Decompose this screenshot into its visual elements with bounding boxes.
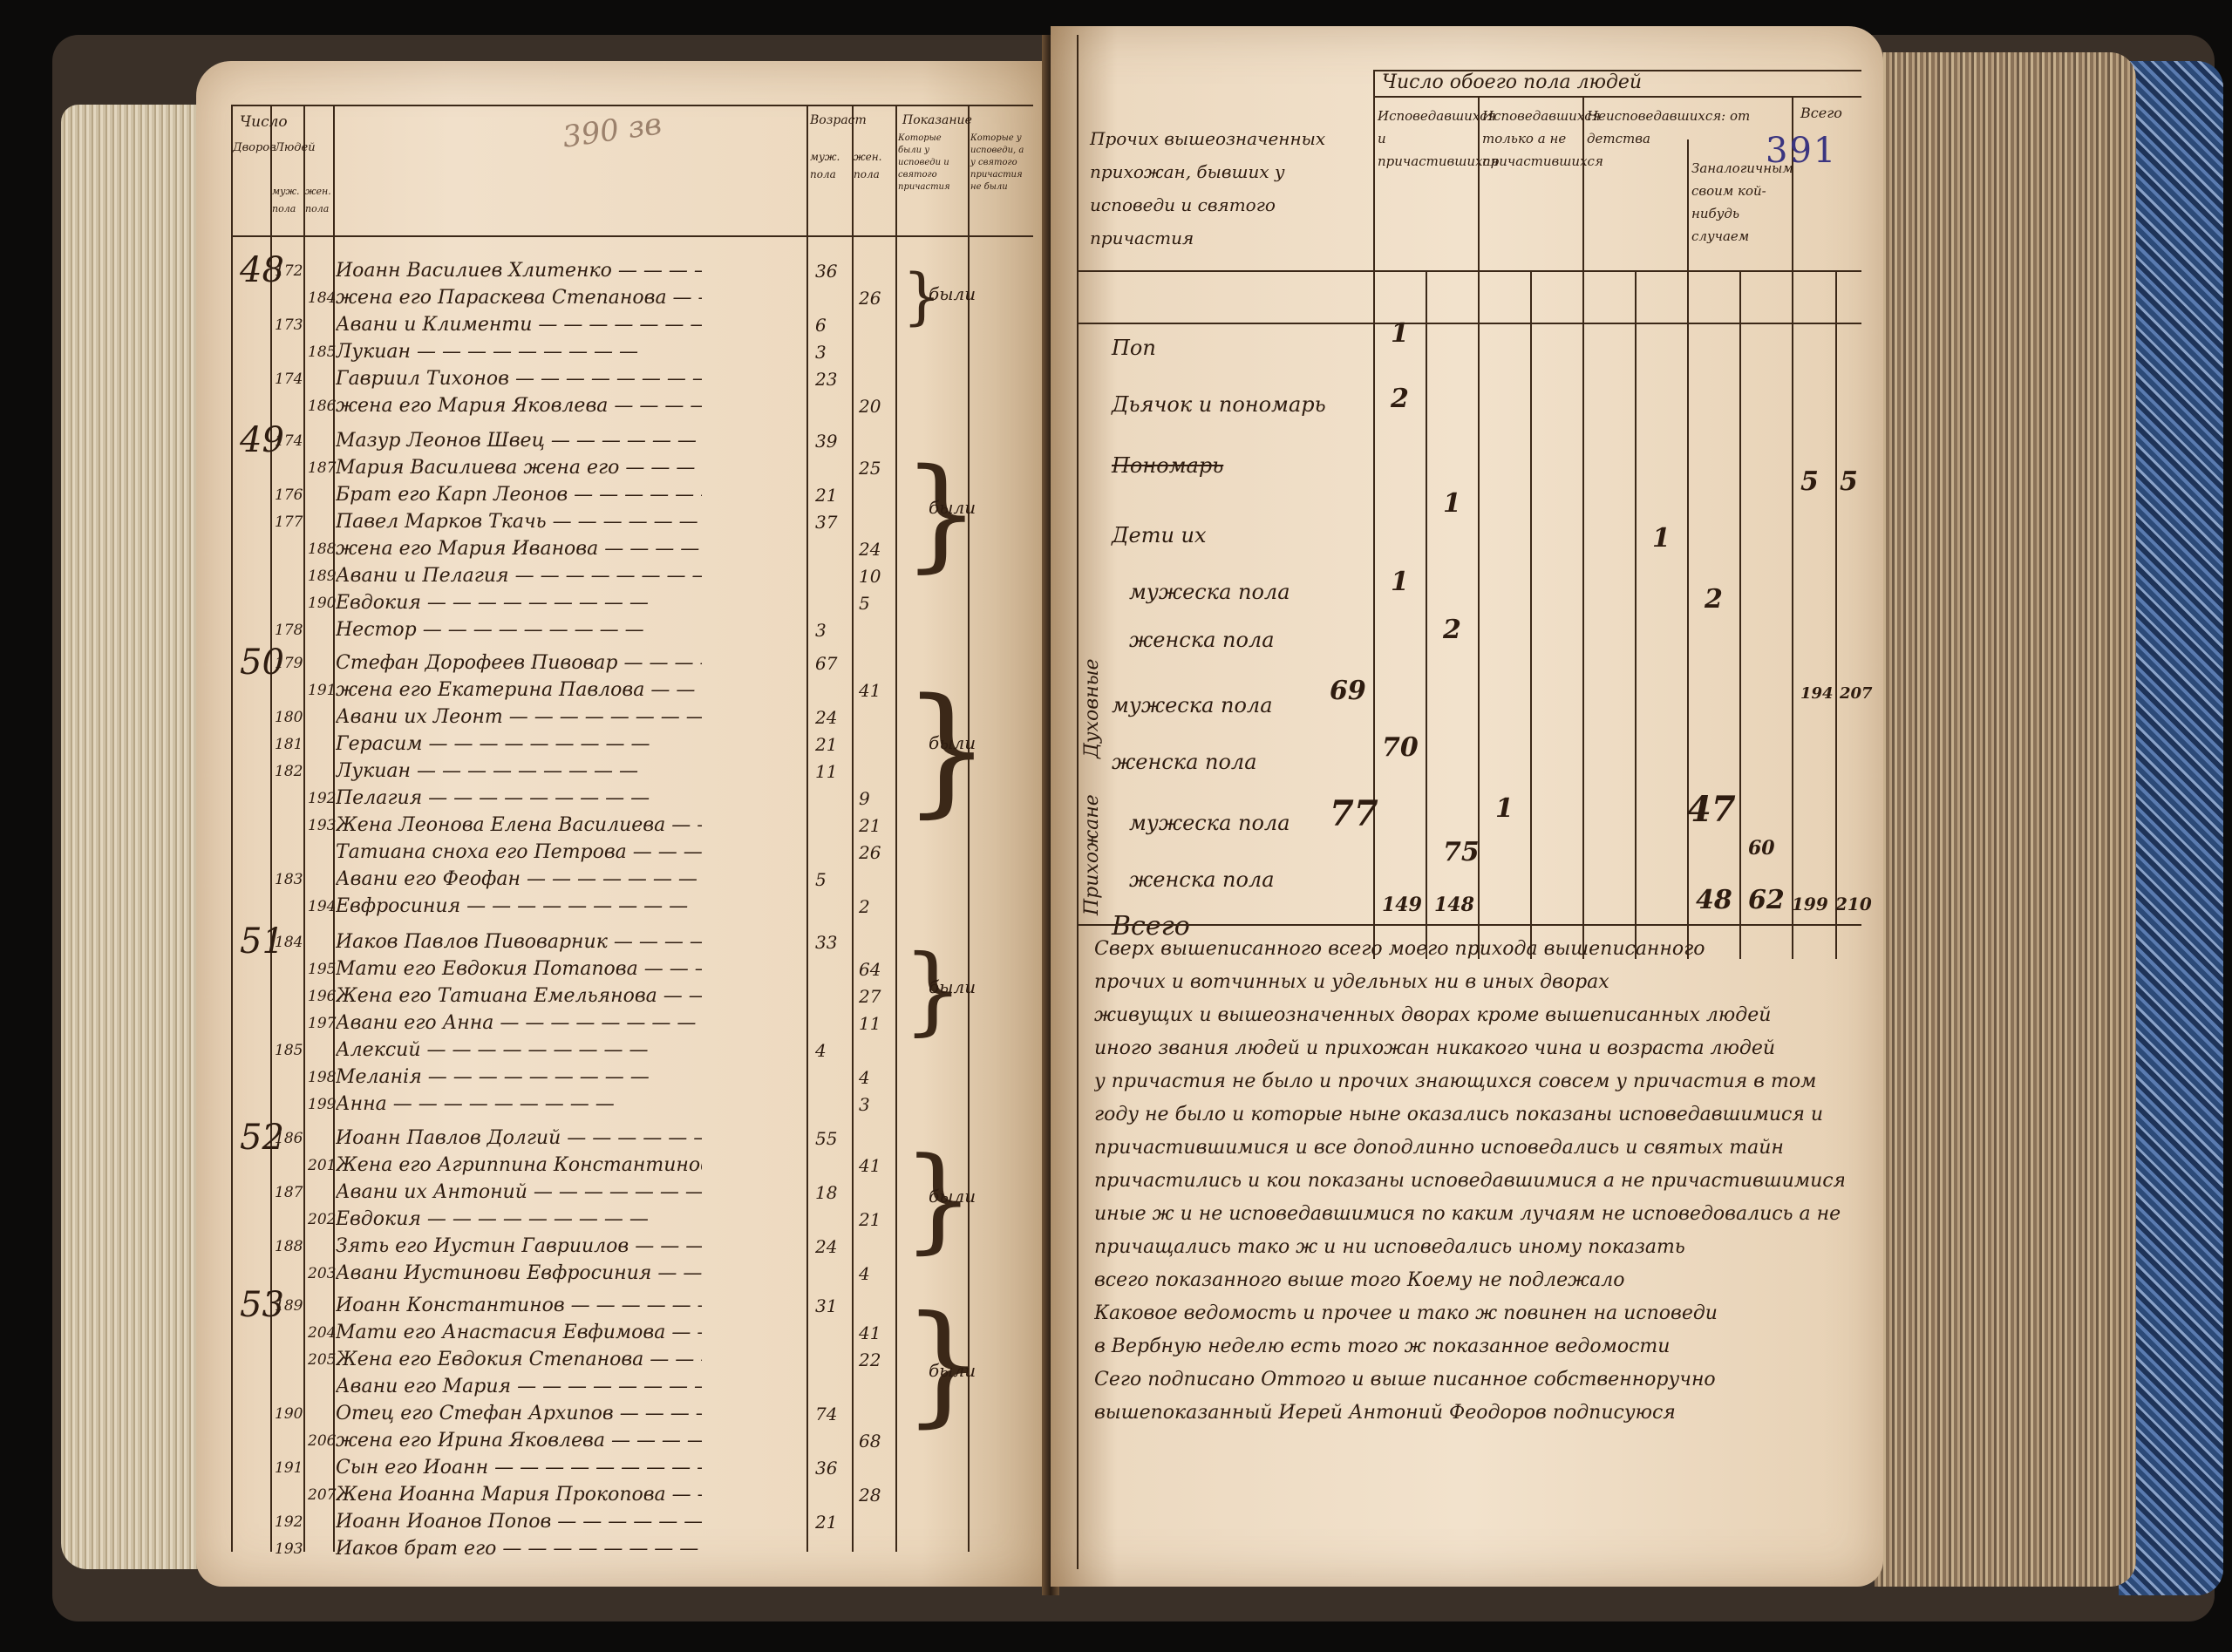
header-female: жен. пола [305, 183, 333, 218]
header-col-not-confessed: Неисповедавшихся: от детства [1587, 105, 1787, 150]
row-label-household-laity-female: женска пола [1129, 867, 1275, 892]
folio-stamp: 391 [1766, 131, 1837, 171]
header-age-female: жен. пола [854, 148, 894, 183]
table-row: 191 Сын его Иоанн 36 [231, 1454, 1033, 1481]
table-row: 194 Евфросиния 2 [231, 893, 1033, 920]
row-label-children: Дети их [1112, 523, 1207, 547]
register-table: Число Дворов Людей муж. пола жен. пола В… [231, 105, 1033, 1552]
header-confession: Показание [902, 112, 972, 129]
row-label-priest: Поп [1112, 336, 1156, 360]
row-label-household-male: мужеска пола [1129, 580, 1290, 604]
row-label-sexton: Пономарь [1112, 453, 1223, 478]
header-confession-2: Которые у исповеди, а у святого причасти… [970, 133, 1031, 194]
header-households: Дворов [233, 139, 269, 157]
header-parishioners: Прочих вышеозначенных прихожан, бывших у… [1090, 122, 1360, 255]
row-label-household-laity-male: мужеска пола [1129, 811, 1290, 835]
vertical-label-clergy: Духовные [1081, 658, 1103, 758]
table-row: 207 Жена Иоанна Мария Прокопова 28 [231, 1481, 1033, 1508]
table-row: 185 Лукиан 3 [231, 338, 1033, 365]
table-row: 198 Меланія 4 [231, 1064, 1033, 1091]
row-label-deacon: Дьячок и пономарь [1112, 392, 1326, 417]
vertical-label-parishioners: Прихожане [1081, 794, 1103, 915]
table-row: 178 Нестор 3 [231, 616, 1033, 643]
header-number: Число [240, 113, 288, 131]
table-row: 199 Анна 3 [231, 1091, 1033, 1118]
page-edges-left [61, 105, 201, 1569]
summary-table: Число обоего пола людей Прочих вышеознач… [1077, 35, 1861, 1569]
header-male: муж. пола [272, 183, 303, 218]
header-number-both-sexes: Число обоего пола людей [1382, 71, 1642, 93]
header-col-total: Всего [1800, 105, 1842, 121]
header-age: Возраст [810, 112, 867, 129]
header-col-confessed-only: Исповедавшихся только а не причастившихс… [1482, 105, 1578, 173]
row-label-laity-male: мужеска пола [1112, 693, 1273, 717]
header-col-confessed-communed: Исповедавшихся и причастившихся [1378, 105, 1473, 173]
header-age-male: муж. пола [810, 148, 850, 183]
table-row: 183 Авани его Феофан 5 [231, 866, 1033, 893]
page-edges-right [1875, 52, 2136, 1587]
header-people: Людей [275, 139, 316, 157]
row-label-laity-female: женска пола [1112, 750, 1257, 774]
table-row: Татиана сноха его Петрова 26 [231, 839, 1033, 866]
table-row: 192 Иоанн Иоанов Попов 21 [231, 1508, 1033, 1535]
header-confession-1: Которые были у исповеди и святого причас… [898, 133, 966, 194]
table-row: 174 Гавриил Тихонов 23 [231, 365, 1033, 392]
attestation-paragraph: Сверх вышеписанного всего моего прихода … [1094, 933, 1844, 1430]
row-label-household-female: женска пола [1129, 628, 1275, 652]
table-row: 186 жена его Мария Яковлева 20 [231, 392, 1033, 419]
left-page: 390 зв Число Дворов Людей муж. пола жен.… [196, 61, 1051, 1587]
table-row: 193 Иаков брат его [231, 1535, 1033, 1562]
table-row: 190 Евдокия 5 [231, 589, 1033, 616]
